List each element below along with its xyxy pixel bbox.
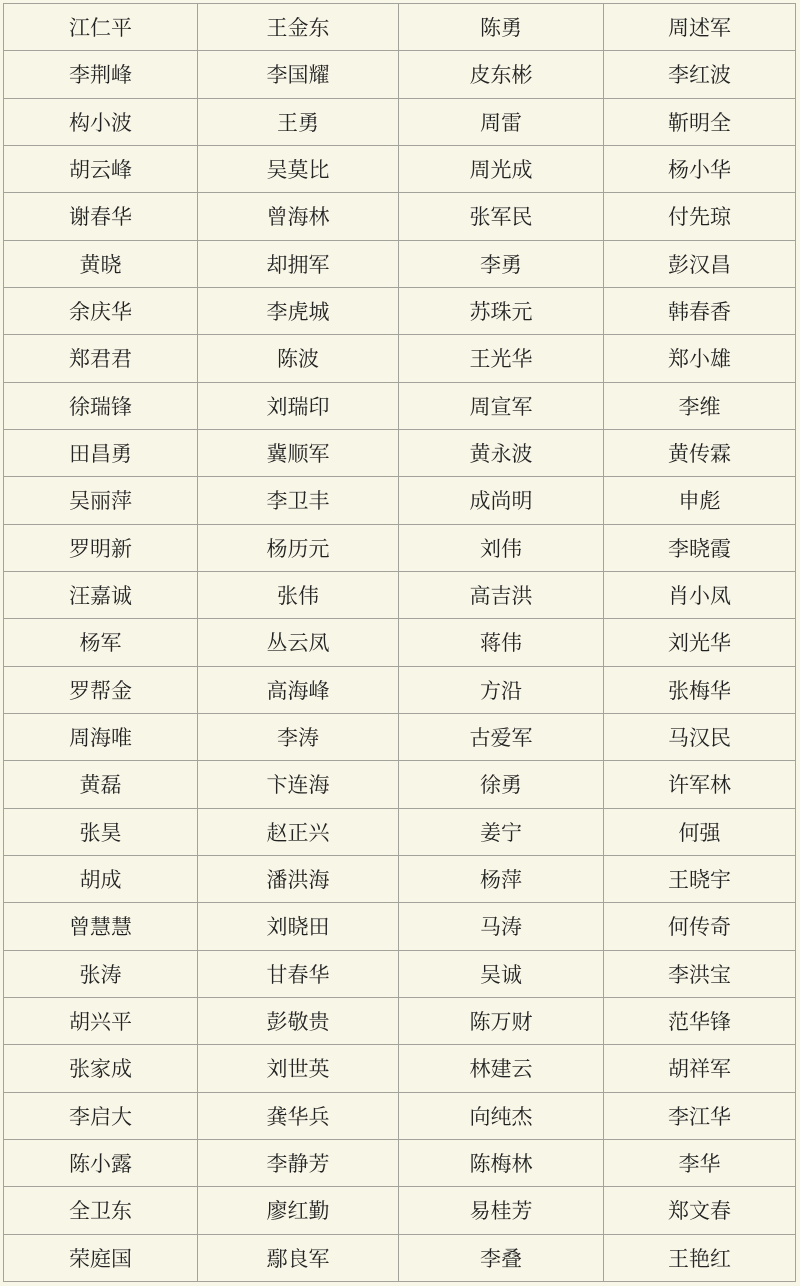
table-row: 胡成潘洪海杨萍王晓宇	[4, 855, 796, 902]
table-row: 江仁平王金东陈勇周述军	[4, 4, 796, 51]
name-cell: 徐瑞锋	[4, 382, 198, 429]
name-cell: 李红波	[604, 51, 796, 98]
name-cell: 江仁平	[4, 4, 198, 51]
name-cell: 李卫丰	[198, 477, 399, 524]
table-row: 曾慧慧刘晓田马涛何传奇	[4, 903, 796, 950]
table-row: 余庆华李虎城苏珠元韩春香	[4, 287, 796, 334]
name-cell: 向纯杰	[399, 1092, 604, 1139]
table-row: 张家成刘世英林建云胡祥军	[4, 1045, 796, 1092]
table-row: 谢春华曾海林张军民付先琼	[4, 193, 796, 240]
name-cell: 肖小凤	[604, 571, 796, 618]
name-cell: 刘晓田	[198, 903, 399, 950]
name-cell: 罗明新	[4, 524, 198, 571]
name-cell: 廖红勤	[198, 1187, 399, 1234]
name-cell: 古爱军	[399, 713, 604, 760]
name-cell: 杨军	[4, 619, 198, 666]
table-row: 张昊赵正兴姜宁何强	[4, 808, 796, 855]
name-cell: 彭汉昌	[604, 240, 796, 287]
name-cell: 构小波	[4, 98, 198, 145]
name-cell: 王光华	[399, 335, 604, 382]
name-cell: 许军林	[604, 761, 796, 808]
name-cell: 刘伟	[399, 524, 604, 571]
name-cell: 张梅华	[604, 666, 796, 713]
name-cell: 吴诚	[399, 950, 604, 997]
name-cell: 潘洪海	[198, 855, 399, 902]
name-cell: 吴莫比	[198, 145, 399, 192]
name-cell: 周雷	[399, 98, 604, 145]
name-cell: 全卫东	[4, 1187, 198, 1234]
name-cell: 陈小露	[4, 1139, 198, 1186]
name-cell: 陈勇	[399, 4, 604, 51]
table-row: 汪嘉诚张伟高吉洪肖小凤	[4, 571, 796, 618]
table-row: 全卫东廖红勤易桂芳郑文春	[4, 1187, 796, 1234]
name-cell: 胡云峰	[4, 145, 198, 192]
name-cell: 李华	[604, 1139, 796, 1186]
name-cell: 胡祥军	[604, 1045, 796, 1092]
name-cell: 彭敬贵	[198, 997, 399, 1044]
table-row: 陈小露李静芳陈梅林李华	[4, 1139, 796, 1186]
name-cell: 申彪	[604, 477, 796, 524]
table-row: 黄晓却拥军李勇彭汉昌	[4, 240, 796, 287]
table-row: 黄磊卞连海徐勇许军林	[4, 761, 796, 808]
name-cell: 张军民	[399, 193, 604, 240]
name-cell: 周述军	[604, 4, 796, 51]
name-cell: 刘世英	[198, 1045, 399, 1092]
table-row: 张涛甘春华吴诚李洪宝	[4, 950, 796, 997]
table-row: 周海唯李涛古爱军马汉民	[4, 713, 796, 760]
table-row: 罗明新杨历元刘伟李晓霞	[4, 524, 796, 571]
name-cell: 陈梅林	[399, 1139, 604, 1186]
name-cell: 范华锋	[604, 997, 796, 1044]
name-cell: 李国耀	[198, 51, 399, 98]
name-cell: 方沿	[399, 666, 604, 713]
name-cell: 黄晓	[4, 240, 198, 287]
name-cell: 周光成	[399, 145, 604, 192]
name-cell: 谢春华	[4, 193, 198, 240]
name-cell: 付先琼	[604, 193, 796, 240]
name-cell: 李启大	[4, 1092, 198, 1139]
name-cell: 李洪宝	[604, 950, 796, 997]
name-cell: 郑小雄	[604, 335, 796, 382]
name-cell: 张涛	[4, 950, 198, 997]
name-cell: 皮东彬	[399, 51, 604, 98]
table-row: 吴丽萍李卫丰成尚明申彪	[4, 477, 796, 524]
name-cell: 刘光华	[604, 619, 796, 666]
name-cell: 郑君君	[4, 335, 198, 382]
name-cell: 李江华	[604, 1092, 796, 1139]
name-cell: 马涛	[399, 903, 604, 950]
table-row: 荣庭国鄢良军李叠王艳红	[4, 1234, 796, 1281]
name-cell: 汪嘉诚	[4, 571, 198, 618]
name-cell: 王勇	[198, 98, 399, 145]
name-cell: 靳明全	[604, 98, 796, 145]
name-cell: 李勇	[399, 240, 604, 287]
name-cell: 杨历元	[198, 524, 399, 571]
name-cell: 林建云	[399, 1045, 604, 1092]
name-cell: 陈波	[198, 335, 399, 382]
name-cell: 胡兴平	[4, 997, 198, 1044]
name-cell: 卞连海	[198, 761, 399, 808]
name-cell: 曾海林	[198, 193, 399, 240]
names-table: 江仁平王金东陈勇周述军李荆峰李国耀皮东彬李红波构小波王勇周雷靳明全胡云峰吴莫比周…	[3, 3, 796, 1282]
name-cell: 龚华兵	[198, 1092, 399, 1139]
table-row: 杨军丛云凤蒋伟刘光华	[4, 619, 796, 666]
name-cell: 李晓霞	[604, 524, 796, 571]
name-cell: 张家成	[4, 1045, 198, 1092]
name-cell: 何传奇	[604, 903, 796, 950]
name-cell: 黄永波	[399, 429, 604, 476]
name-cell: 张伟	[198, 571, 399, 618]
name-cell: 刘瑞印	[198, 382, 399, 429]
name-cell: 罗帮金	[4, 666, 198, 713]
name-cell: 姜宁	[399, 808, 604, 855]
name-cell: 周宣军	[399, 382, 604, 429]
name-cell: 苏珠元	[399, 287, 604, 334]
name-cell: 鄢良军	[198, 1234, 399, 1281]
name-cell: 田昌勇	[4, 429, 198, 476]
name-cell: 胡成	[4, 855, 198, 902]
table-row: 田昌勇冀顺军黄永波黄传霖	[4, 429, 796, 476]
name-cell: 黄传霖	[604, 429, 796, 476]
name-cell: 王金东	[198, 4, 399, 51]
name-cell: 吴丽萍	[4, 477, 198, 524]
name-cell: 王晓宇	[604, 855, 796, 902]
table-row: 构小波王勇周雷靳明全	[4, 98, 796, 145]
name-cell: 丛云凤	[198, 619, 399, 666]
name-cell: 李叠	[399, 1234, 604, 1281]
name-cell: 周海唯	[4, 713, 198, 760]
table-row: 罗帮金高海峰方沿张梅华	[4, 666, 796, 713]
name-cell: 杨小华	[604, 145, 796, 192]
name-cell: 易桂芳	[399, 1187, 604, 1234]
name-cell: 李虎城	[198, 287, 399, 334]
name-cell: 李维	[604, 382, 796, 429]
table-row: 徐瑞锋刘瑞印周宣军李维	[4, 382, 796, 429]
name-cell: 张昊	[4, 808, 198, 855]
name-cell: 成尚明	[399, 477, 604, 524]
name-cell: 冀顺军	[198, 429, 399, 476]
name-cell: 何强	[604, 808, 796, 855]
table-row: 胡兴平彭敬贵陈万财范华锋	[4, 997, 796, 1044]
name-cell: 甘春华	[198, 950, 399, 997]
table-row: 李荆峰李国耀皮东彬李红波	[4, 51, 796, 98]
name-cell: 赵正兴	[198, 808, 399, 855]
name-cell: 高海峰	[198, 666, 399, 713]
names-table-body: 江仁平王金东陈勇周述军李荆峰李国耀皮东彬李红波构小波王勇周雷靳明全胡云峰吴莫比周…	[4, 4, 796, 1282]
name-cell: 郑文春	[604, 1187, 796, 1234]
table-row: 李启大龚华兵向纯杰李江华	[4, 1092, 796, 1139]
name-cell: 高吉洪	[399, 571, 604, 618]
name-cell: 杨萍	[399, 855, 604, 902]
name-cell: 韩春香	[604, 287, 796, 334]
name-cell: 却拥军	[198, 240, 399, 287]
name-cell: 李静芳	[198, 1139, 399, 1186]
name-cell: 李涛	[198, 713, 399, 760]
name-cell: 马汉民	[604, 713, 796, 760]
name-cell: 荣庭国	[4, 1234, 198, 1281]
table-row: 胡云峰吴莫比周光成杨小华	[4, 145, 796, 192]
name-cell: 蒋伟	[399, 619, 604, 666]
table-row: 郑君君陈波王光华郑小雄	[4, 335, 796, 382]
name-cell: 王艳红	[604, 1234, 796, 1281]
name-cell: 黄磊	[4, 761, 198, 808]
name-cell: 徐勇	[399, 761, 604, 808]
name-cell: 曾慧慧	[4, 903, 198, 950]
name-cell: 陈万财	[399, 997, 604, 1044]
name-cell: 李荆峰	[4, 51, 198, 98]
name-cell: 余庆华	[4, 287, 198, 334]
